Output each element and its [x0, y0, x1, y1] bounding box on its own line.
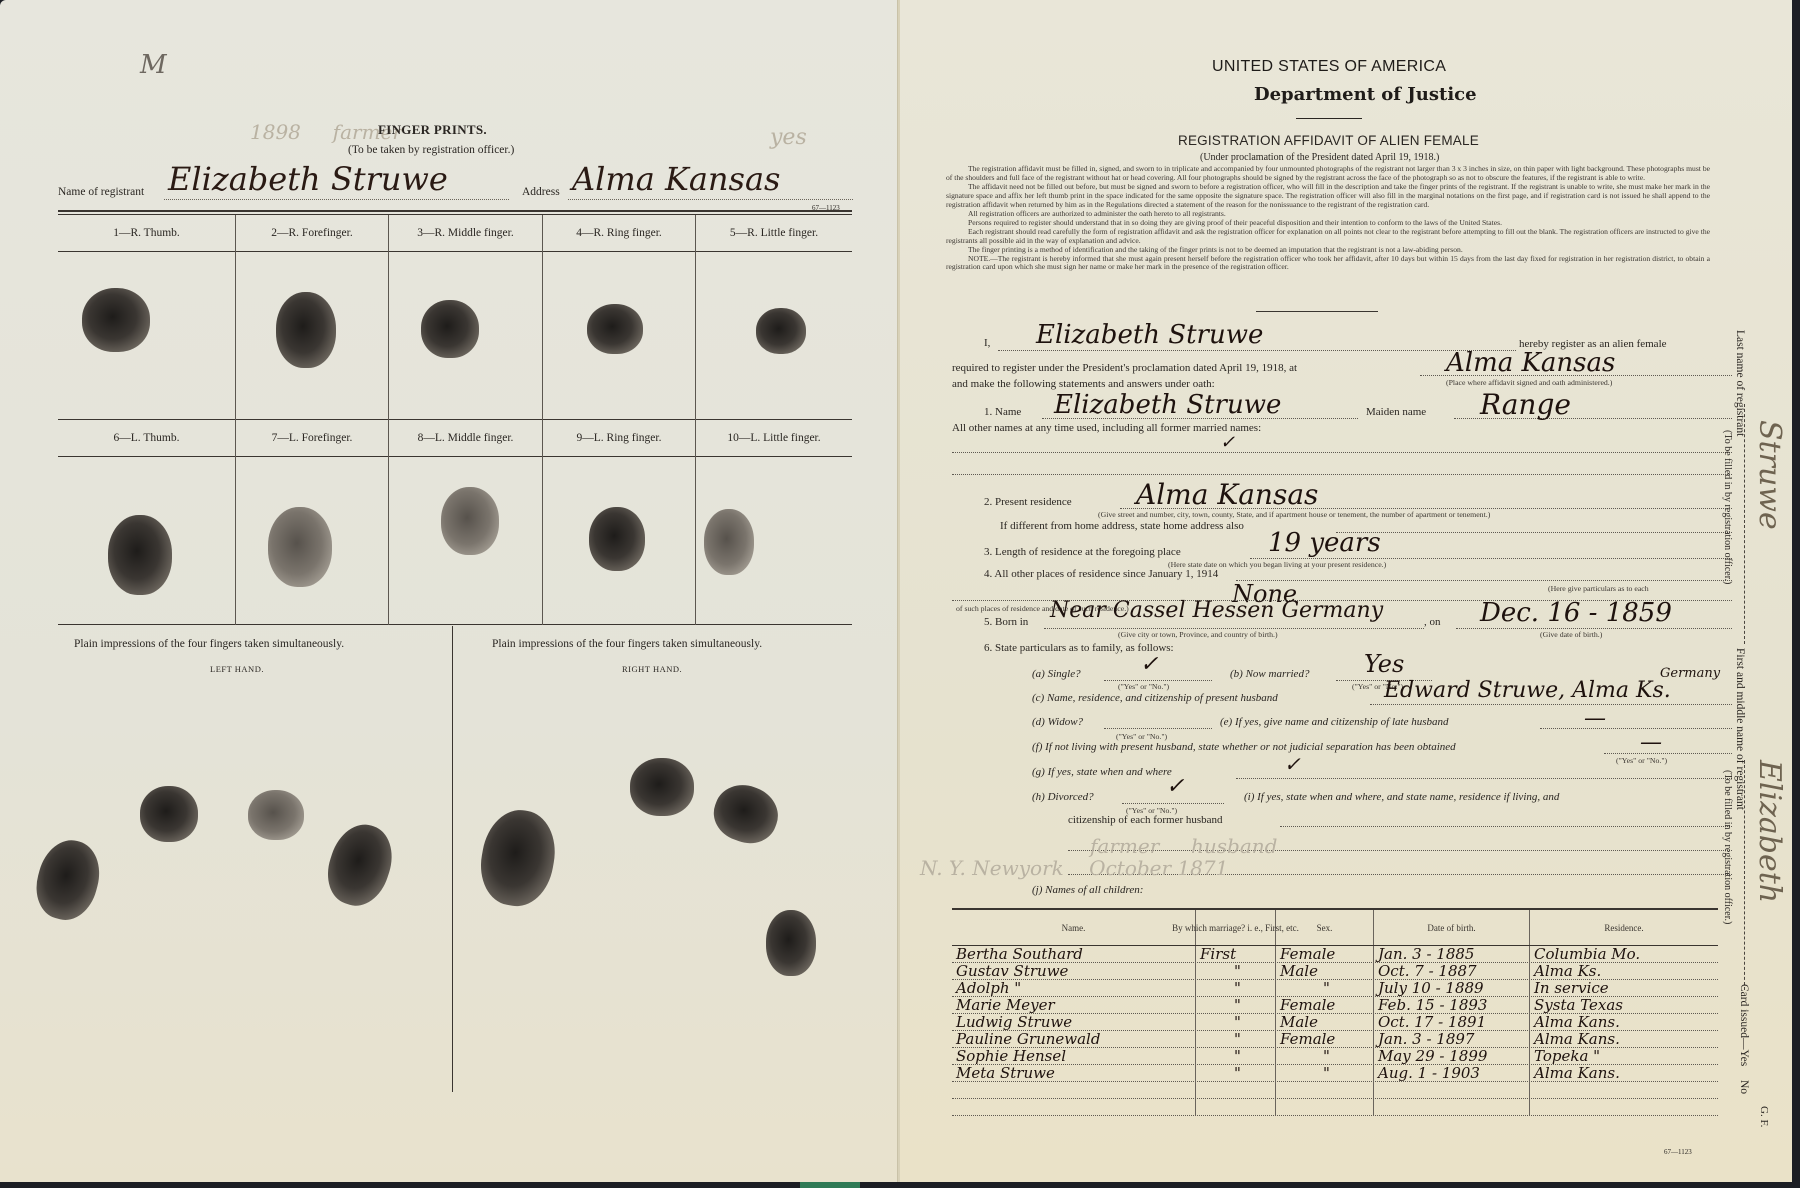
- child-marriage[interactable]: ": [1196, 1065, 1276, 1082]
- q2-residence-label: 2. Present residence: [984, 496, 1072, 508]
- table-row: Sophie Hensel " " May 29 - 1899 Topeka ": [952, 1048, 1718, 1065]
- child-dob[interactable]: [1374, 1082, 1530, 1098]
- heading-rule: [1296, 118, 1362, 119]
- finger-label: 1—R. Thumb.: [58, 215, 235, 252]
- child-marriage[interactable]: [1196, 1099, 1276, 1115]
- q6d-widow-line: [1104, 728, 1212, 729]
- margin-card-no-label: No: [1738, 1080, 1750, 1094]
- table-row: Adolph " " " July 10 - 1889 In service: [952, 980, 1718, 997]
- finger-label: 6—L. Thumb.: [58, 420, 235, 457]
- finger-cell-l-little: 10—L. Little finger.: [696, 420, 852, 625]
- fingerprints-subtitle: (To be taken by registration officer.): [348, 144, 514, 156]
- child-marriage[interactable]: ": [1196, 980, 1276, 997]
- finger-label: 2—R. Forefinger.: [236, 215, 388, 252]
- finger-label: 9—L. Ring finger.: [543, 420, 695, 457]
- table-row: [952, 1082, 1718, 1099]
- fingerprints-title: FINGER PRINTS.: [378, 122, 487, 138]
- child-dob[interactable]: Aug. 1 - 1903: [1374, 1065, 1530, 1082]
- margin-first-name-line: [1744, 760, 1745, 990]
- q1-name-value[interactable]: Elizabeth Struwe: [1054, 390, 1281, 420]
- fingerprint-impression: [268, 507, 332, 587]
- fingerprint-impression: [587, 304, 643, 354]
- q6e-late-husband-label: (e) If yes, give name and citizenship of…: [1220, 716, 1449, 728]
- right-hand-fingerprint-grid: 1—R. Thumb. 2—R. Forefinger. 3—R. Middle…: [58, 215, 852, 420]
- address-label: Address: [522, 186, 560, 198]
- finger-label: 3—R. Middle finger.: [389, 215, 542, 252]
- oath-name-value[interactable]: Elizabeth Struwe: [1036, 320, 1263, 350]
- finger-cell-r-little: 5—R. Little finger.: [696, 215, 852, 420]
- table-row: Gustav Struwe " Male Oct. 7 - 1887 Alma …: [952, 963, 1718, 980]
- fingerprint-impression: [441, 487, 499, 555]
- fingerprint-impression: [766, 910, 816, 976]
- q6f-separation-line: [1604, 753, 1732, 754]
- q6f-separation-value[interactable]: —: [1640, 730, 1662, 755]
- address-value[interactable]: Alma Kansas: [572, 160, 780, 198]
- bleedthrough-text: N. Y. Newyork October 1871: [920, 856, 1228, 880]
- q5-on-label: , on: [1424, 616, 1441, 628]
- q6c-husband-line: [1370, 704, 1732, 705]
- q1-maiden-value[interactable]: Range: [1480, 388, 1571, 421]
- fingerprint-impression: [29, 834, 108, 927]
- q6a-single-value[interactable]: ✓: [1140, 652, 1158, 677]
- oath-name-line: [998, 350, 1516, 351]
- finger-cell-r-thumb: 1—R. Thumb.: [58, 215, 236, 420]
- q1-maiden-label: Maiden name: [1366, 406, 1426, 418]
- q6c-husband-label: (c) Name, residence, and citizenship of …: [1032, 692, 1278, 704]
- child-residence[interactable]: Alma Kans.: [1530, 1065, 1718, 1082]
- q2-residence-value[interactable]: Alma Kansas: [1136, 478, 1318, 511]
- finger-label: 8—L. Middle finger.: [389, 420, 542, 457]
- child-marriage[interactable]: ": [1196, 1031, 1276, 1048]
- q3-length-value[interactable]: 19 years: [1268, 528, 1381, 558]
- finger-cell-r-forefinger: 2—R. Forefinger.: [236, 215, 389, 420]
- fingerprint-impression: [276, 292, 336, 368]
- instruction-paragraph: The registration affidavit must be fille…: [946, 165, 1710, 183]
- table-row: Marie Meyer " Female Feb. 15 - 1893 Syst…: [952, 997, 1718, 1014]
- q6e-late-husband-value[interactable]: —: [1584, 706, 1606, 731]
- q6f-separation-hint: ("Yes" or "No."): [1616, 756, 1667, 765]
- fingerprint-impression: [82, 288, 150, 352]
- child-name[interactable]: Marie Meyer: [952, 997, 1196, 1014]
- bleedthrough-text: farmer husband: [1090, 834, 1277, 858]
- child-residence[interactable]: [1530, 1099, 1718, 1115]
- finger-cell-r-ring: 4—R. Ring finger.: [543, 215, 696, 420]
- finger-label: 10—L. Little finger.: [696, 420, 852, 457]
- form-number: 67—1123: [1664, 1148, 1692, 1156]
- q6e-late-husband-line: [1540, 728, 1732, 729]
- column-header-dob: Date of birth.: [1374, 910, 1530, 945]
- q6h-divorced-value[interactable]: ✓: [1166, 774, 1184, 799]
- child-dob[interactable]: Jan. 3 - 1897: [1374, 1031, 1530, 1048]
- instructions-block: The registration affidavit must be fille…: [946, 165, 1710, 272]
- child-marriage[interactable]: ": [1196, 1048, 1276, 1065]
- child-marriage[interactable]: [1196, 1082, 1276, 1098]
- department-heading: Department of Justice: [1254, 84, 1477, 105]
- child-sex[interactable]: Male: [1276, 963, 1374, 980]
- q5-born-value[interactable]: Near Cassel Hessen Germany: [1050, 598, 1383, 623]
- margin-last-name-value[interactable]: Struwe: [1752, 420, 1787, 530]
- children-table: Name. By which marriage? i. e., First, e…: [952, 908, 1718, 1116]
- table-row: [952, 1099, 1718, 1116]
- q3-length-line: [1250, 558, 1732, 559]
- child-dob[interactable]: May 29 - 1899: [1374, 1048, 1530, 1065]
- column-header-sex: Sex.: [1276, 910, 1374, 945]
- fingerprint-impression: [421, 300, 479, 358]
- table-row: Bertha Southard First Female Jan. 3 - 18…: [952, 946, 1718, 963]
- margin-last-name-line: [1744, 404, 1745, 644]
- child-residence[interactable]: Systa Texas: [1530, 997, 1718, 1014]
- plain-impressions-section: Plain impressions of the four fingers ta…: [58, 626, 852, 1092]
- oath-i-label: I,: [984, 337, 990, 349]
- registrant-name-value[interactable]: Elizabeth Struwe: [168, 160, 508, 198]
- child-name[interactable]: Pauline Grunewald: [952, 1031, 1196, 1048]
- q5-born-line: [1044, 628, 1424, 629]
- q1-other-names-line: [952, 452, 1732, 453]
- column-header-marriage: By which marriage? i. e., First, etc.: [1196, 910, 1276, 945]
- fingerprint-impression: [589, 507, 645, 571]
- q1-other-names-value[interactable]: ✓: [1220, 432, 1235, 453]
- margin-card-issued-label: Card issued—Yes: [1738, 984, 1750, 1066]
- child-name[interactable]: Bertha Southard: [952, 946, 1196, 963]
- child-name[interactable]: Sophie Hensel: [952, 1048, 1196, 1065]
- instructions-rule: [1256, 311, 1378, 312]
- child-sex[interactable]: [1276, 1099, 1374, 1115]
- left-hand-fingerprint-grid: 6—L. Thumb. 7—L. Forefinger. 8—L. Middle…: [58, 420, 852, 625]
- q5-date-hint: (Give date of birth.): [1540, 630, 1602, 639]
- child-sex[interactable]: Female: [1276, 997, 1374, 1014]
- child-sex[interactable]: ": [1276, 1048, 1374, 1065]
- table-row: Ludwig Struwe " Male Oct. 17 - 1891 Alma…: [952, 1014, 1718, 1031]
- child-marriage[interactable]: First: [1196, 946, 1276, 963]
- bleedthrough-text: yes: [770, 125, 807, 150]
- fingerprint-impression: [108, 515, 172, 595]
- q6b-married-value[interactable]: Yes: [1364, 650, 1404, 678]
- instruction-note: NOTE.—The registrant is hereby informed …: [946, 255, 1710, 273]
- finger-label: 4—R. Ring finger.: [543, 215, 695, 252]
- q6c-husband-value[interactable]: Edward Struwe, Alma Ks.: [1384, 678, 1671, 703]
- child-name[interactable]: Gustav Struwe: [952, 963, 1196, 980]
- q6d-widow-label: (d) Widow?: [1032, 716, 1083, 728]
- fingerprint-impression: [756, 308, 806, 354]
- proclamation-note: (Under proclamation of the President dat…: [1200, 152, 1439, 163]
- child-dob[interactable]: Oct. 7 - 1887: [1374, 963, 1530, 980]
- q3-length-label: 3. Length of residence at the foregoing …: [984, 546, 1181, 558]
- fingerprint-impression: [248, 790, 304, 840]
- child-residence[interactable]: Topeka ": [1530, 1048, 1718, 1065]
- margin-last-name-hint: (To be filled in by registration officer…: [1722, 430, 1733, 584]
- q4-places-hint-right: (Here give particulars as to each: [1548, 584, 1649, 593]
- instruction-paragraph: Each registrant should read carefully th…: [946, 228, 1710, 246]
- fingerprint-page: M 1898 farmer yes FINGER PRINTS. (To be …: [0, 0, 898, 1182]
- column-header-name: Name.: [952, 910, 1196, 945]
- q2-home-line: [1336, 532, 1732, 533]
- finger-cell-l-ring: 9—L. Ring finger.: [543, 420, 696, 625]
- child-marriage[interactable]: ": [1196, 997, 1276, 1014]
- registrant-name-label: Name of registrant: [58, 186, 144, 198]
- table-row: Pauline Grunewald " Female Jan. 3 - 1897…: [952, 1031, 1718, 1048]
- q1-other-names-line: [952, 474, 1732, 475]
- child-residence[interactable]: Alma Ks.: [1530, 963, 1718, 980]
- finger-cell-r-middle: 3—R. Middle finger.: [389, 215, 543, 420]
- q6f-separation-label: (f) If not living with present husband, …: [1032, 741, 1456, 753]
- q6i-former-husband-label: (i) If yes, state when and where, and st…: [1244, 791, 1559, 803]
- child-sex[interactable]: ": [1276, 1065, 1374, 1082]
- q6d-widow-hint: ("Yes" or "No."): [1116, 732, 1167, 741]
- fingerprint-impression: [706, 777, 785, 852]
- q6g-when-where-value[interactable]: ✓: [1284, 752, 1301, 776]
- green-tab: [800, 1182, 860, 1188]
- finger-cell-l-forefinger: 7—L. Forefinger.: [236, 420, 389, 625]
- registrant-name-line: [164, 199, 509, 200]
- corner-mark: M: [140, 50, 167, 80]
- address-line: [568, 199, 853, 200]
- finger-cell-l-middle: 8—L. Middle finger.: [389, 420, 543, 625]
- fingerprint-impression: [474, 804, 562, 911]
- oath-place-value[interactable]: Alma Kansas: [1446, 348, 1615, 378]
- child-residence[interactable]: Alma Kans.: [1530, 1014, 1718, 1031]
- child-dob[interactable]: July 10 - 1889: [1374, 980, 1530, 997]
- q6c-husband-citizenship[interactable]: Germany: [1660, 666, 1720, 681]
- margin-initials: G. F.: [1758, 1106, 1770, 1127]
- divider: [452, 626, 453, 1092]
- q1-name-label: 1. Name: [984, 406, 1021, 418]
- oath-statements-text: and make the following statements and an…: [952, 378, 1215, 390]
- q2-residence-hint: (Give street and number, city, town, cou…: [1098, 510, 1490, 519]
- plain-impressions-right-title: Plain impressions of the four fingers ta…: [492, 638, 762, 650]
- oath-place-hint: (Place where affidavit signed and oath a…: [1446, 378, 1612, 387]
- q6h-divorced-line: [1122, 803, 1224, 804]
- q6b-married-label: (b) Now married?: [1230, 668, 1309, 680]
- fingerprint-impression: [630, 758, 694, 816]
- margin-first-name-value[interactable]: Elizabeth: [1752, 760, 1787, 903]
- child-dob[interactable]: Jan. 3 - 1885: [1374, 946, 1530, 963]
- column-header-residence: Residence.: [1530, 910, 1718, 945]
- q5-born-label: 5. Born in: [984, 616, 1028, 628]
- fingerprint-impression: [704, 509, 754, 575]
- q4-places-label: 4. All other places of residence since J…: [984, 568, 1218, 580]
- child-residence[interactable]: Columbia Mo.: [1530, 946, 1718, 963]
- q6a-single-label: (a) Single?: [1032, 668, 1081, 680]
- q6i-former-husband-label2: citizenship of each former husband: [1068, 814, 1223, 826]
- child-sex[interactable]: ": [1276, 980, 1374, 997]
- children-table-header: Name. By which marriage? i. e., First, e…: [952, 910, 1718, 946]
- q6a-single-line: [1104, 680, 1212, 681]
- q6h-divorced-label: (h) Divorced?: [1032, 791, 1094, 803]
- child-name[interactable]: Meta Struwe: [952, 1065, 1196, 1082]
- child-dob[interactable]: [1374, 1099, 1530, 1115]
- fingerprint-impression: [140, 786, 198, 842]
- finger-label: 7—L. Forefinger.: [236, 420, 388, 457]
- child-sex[interactable]: [1276, 1082, 1374, 1098]
- q6a-single-hint: ("Yes" or "No."): [1118, 682, 1169, 691]
- plain-impressions-left-title: Plain impressions of the four fingers ta…: [74, 638, 344, 650]
- margin-first-name-hint: (To be filled in by registration officer…: [1722, 770, 1733, 924]
- q5-date-line: [1456, 628, 1732, 629]
- q6g-when-where-label: (g) If yes, state when and where: [1032, 766, 1172, 778]
- oath-required-text: required to register under the President…: [952, 362, 1297, 374]
- child-residence[interactable]: In service: [1530, 980, 1718, 997]
- fingerprint-impression: [319, 817, 401, 914]
- child-marriage[interactable]: ": [1196, 963, 1276, 980]
- q6i-former-husband-line: [1280, 826, 1732, 827]
- child-sex[interactable]: Female: [1276, 946, 1374, 963]
- finger-label: 5—R. Little finger.: [696, 215, 852, 252]
- q1-other-names-label: All other names at any time used, includ…: [952, 422, 1261, 434]
- child-name[interactable]: [952, 1082, 1196, 1098]
- child-sex[interactable]: Female: [1276, 1031, 1374, 1048]
- country-heading: UNITED STATES OF AMERICA: [1212, 58, 1446, 76]
- q5-born-hint: (Give city or town, Province, and countr…: [1118, 630, 1278, 639]
- child-residence[interactable]: Alma Kans.: [1530, 1031, 1718, 1048]
- child-dob[interactable]: Oct. 17 - 1891: [1374, 1014, 1530, 1031]
- child-sex[interactable]: Male: [1276, 1014, 1374, 1031]
- finger-cell-l-thumb: 6—L. Thumb.: [58, 420, 236, 625]
- q6j-children-label: (j) Names of all children:: [1032, 884, 1143, 896]
- child-name[interactable]: Adolph ": [952, 980, 1196, 997]
- child-residence[interactable]: [1530, 1082, 1718, 1098]
- instruction-paragraph: The affidavit need not be filled out bef…: [946, 183, 1710, 210]
- q5-date-value[interactable]: Dec. 16 - 1859: [1480, 598, 1672, 628]
- q2-home-label: If different from home address, state ho…: [1000, 520, 1244, 532]
- q4-places-line: [1236, 580, 1732, 581]
- q6g-when-where-line: [1236, 778, 1732, 779]
- left-hand-label: LEFT HAND.: [210, 664, 264, 674]
- child-name[interactable]: Ludwig Struwe: [952, 1014, 1196, 1031]
- child-marriage[interactable]: ": [1196, 1014, 1276, 1031]
- right-hand-label: RIGHT HAND.: [622, 664, 682, 674]
- table-row: Meta Struwe " " Aug. 1 - 1903 Alma Kans.: [952, 1065, 1718, 1082]
- child-name[interactable]: [952, 1099, 1196, 1115]
- child-dob[interactable]: Feb. 15 - 1893: [1374, 997, 1530, 1014]
- form-title: REGISTRATION AFFIDAVIT OF ALIEN FEMALE: [1178, 133, 1479, 148]
